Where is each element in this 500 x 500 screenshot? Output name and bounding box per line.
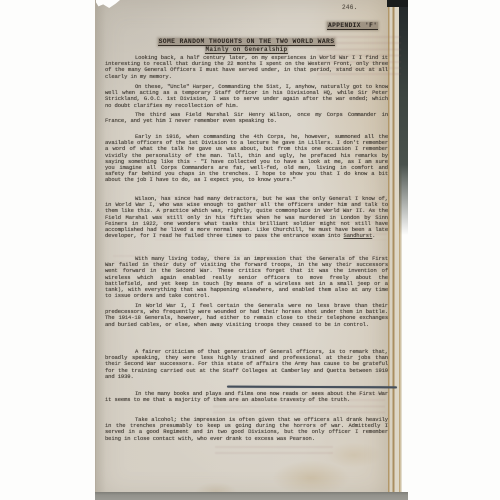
paragraph-8: A fairer criticism of that generation of… (105, 349, 388, 380)
document-title-text: SOME RANDOM THOUGHTS ON THE TWO WORLD WA… (158, 38, 336, 46)
document-title: SOME RANDOM THOUGHTS ON THE TWO WORLD WA… (105, 38, 388, 45)
paragraph-3: The third was Field Marshal Sir Henry Wi… (105, 112, 388, 124)
underlined-word: Sandhurst (344, 232, 373, 239)
appendix-label: APPENDIX 'F' (327, 22, 378, 29)
paragraph-5-tail: . (372, 232, 375, 239)
binding-shadow (387, 0, 408, 7)
paragraph-7: In World War I, I feel certain the Gener… (105, 303, 388, 328)
paragraph-6: With many living today, there is an impr… (105, 256, 388, 299)
photo-background-edge (399, 0, 408, 235)
paragraph-1: Looking back, a half century later, on m… (105, 55, 388, 80)
paragraph-2: On these, "Uncle" Harper, Commanding the… (105, 84, 388, 109)
paragraph-9: In the many books and plays and films on… (105, 391, 388, 403)
document-subtitle: Mainly on Generalship (105, 46, 388, 53)
document-subtitle-text: Mainly on Generalship (205, 46, 289, 54)
document-photo: 246. APPENDIX 'F' SOME RANDOM THOUGHTS O… (95, 0, 408, 500)
paragraph-5: Wilson, has since had many detractors, b… (105, 196, 388, 239)
paragraph-4: Early in 1916, when commanding the 4th C… (105, 134, 388, 184)
surface-shadow (95, 492, 408, 500)
page-number: 246. (342, 4, 358, 11)
appendix-label-text: APPENDIX 'F' (327, 22, 378, 30)
paragraph-10: Take alcohol; the impression is often gi… (105, 417, 388, 442)
